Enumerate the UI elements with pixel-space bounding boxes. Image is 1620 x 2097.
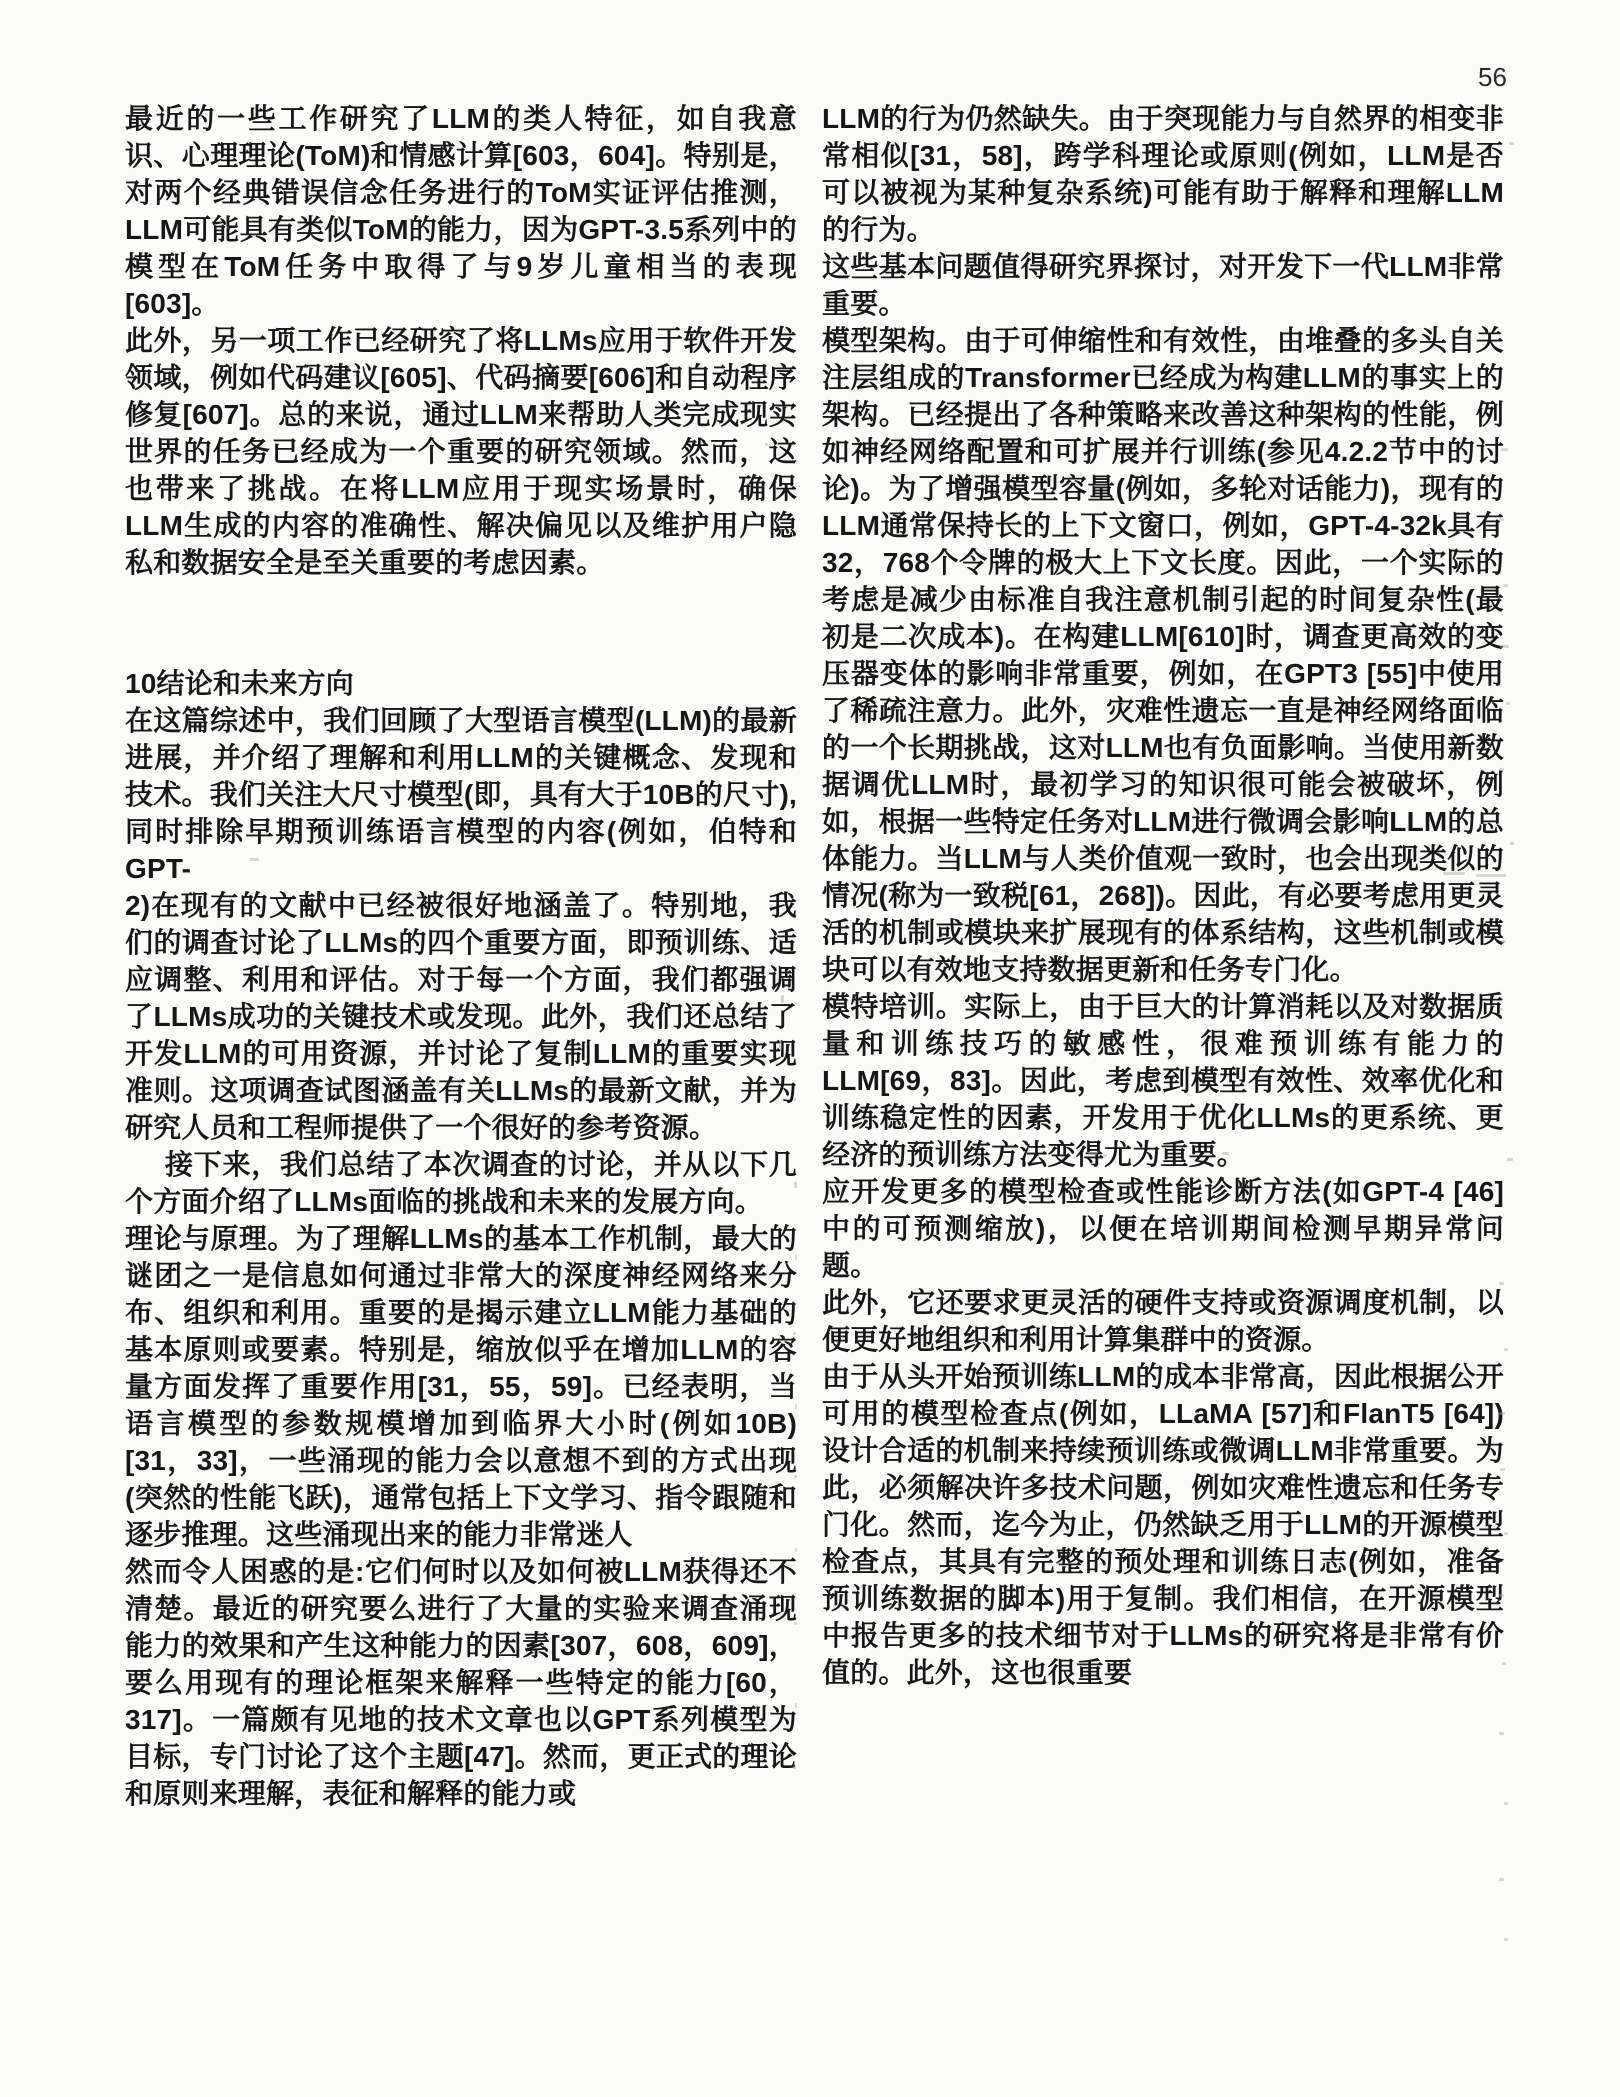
scan-artifact — [794, 1622, 797, 1625]
scan-artifact — [793, 1098, 796, 1101]
page-number: 56 — [1478, 62, 1507, 93]
scan-artifact — [1504, 584, 1508, 587]
scan-artifact — [1499, 1732, 1504, 1735]
scan-artifact — [795, 1703, 797, 1708]
right-column: LLM的行为仍然缺失。由于突现能力与自然界的相变非常相似[31，58]，跨学科理… — [822, 100, 1504, 1691]
scan-artifact — [250, 858, 259, 861]
scan-artifact — [1504, 1802, 1508, 1805]
scan-artifact — [1507, 1158, 1513, 1161]
scan-artifact — [1504, 1938, 1508, 1941]
scan-artifact — [1499, 1412, 1505, 1415]
scan-artifact — [1504, 1348, 1508, 1351]
scan-artifact — [779, 1040, 782, 1050]
section-heading: 10结论和未来方向 — [125, 665, 797, 702]
paragraph: 然而令人困惑的是:它们何时以及如何被LLM获得还不清楚。最近的研究要么进行了大量… — [125, 1553, 797, 1812]
scan-artifact — [781, 995, 784, 1003]
scan-artifact — [1502, 1662, 1506, 1665]
scan-artifact — [795, 1404, 797, 1409]
scan-artifact — [793, 1332, 796, 1335]
paragraph: 模型架构。由于可伸缩性和有效性，由堆叠的多头自关注层组成的Transformer… — [822, 322, 1504, 988]
scan-artifact — [1476, 874, 1506, 877]
scan-artifact — [365, 1162, 374, 1165]
paragraph: 由于从头开始预训练LLM的成本非常高，因此根据公开可用的模型检查点(例如，LLa… — [822, 1358, 1504, 1691]
left-column: 最近的一些工作研究了LLM的类人特征，如自我意识、心理理论(ToM)和情感计算[… — [125, 100, 797, 1812]
scan-artifact — [1501, 448, 1508, 451]
scan-artifact — [1088, 1152, 1097, 1155]
scan-artifact — [1222, 1152, 1229, 1155]
scan-artifact — [765, 443, 768, 446]
scan-artifact — [1504, 1532, 1508, 1535]
scan-artifact — [793, 1766, 796, 1769]
paragraph: LLM的行为仍然缺失。由于突现能力与自然界的相变非常相似[31，58]，跨学科理… — [822, 100, 1504, 248]
paragraph: 这些基本问题值得研究界探讨，对开发下一代LLM非常重要。 — [822, 248, 1504, 322]
paragraph: 在这篇综述中，我们回顾了大型语言模型(LLM)的最新进展，并介绍了理解和利用LL… — [125, 702, 797, 887]
scan-artifact — [925, 262, 936, 265]
scan-artifact — [795, 1255, 797, 1260]
scan-artifact — [794, 1475, 797, 1478]
scan-artifact — [1510, 842, 1514, 845]
scan-artifact — [1443, 872, 1465, 875]
scan-artifact — [1500, 1468, 1505, 1471]
paragraph: 最近的一些工作研究了LLM的类人特征，如自我意识、心理理论(ToM)和情感计算[… — [125, 100, 797, 322]
scan-artifact — [795, 1548, 797, 1552]
scan-artifact — [1103, 1154, 1107, 1157]
paragraph: 模特培训。实际上，由于巨大的计算消耗以及对数据质量和训练技巧的敏感性，很难预训练… — [822, 988, 1504, 1173]
scan-artifact — [1506, 702, 1510, 705]
scan-artifact — [1500, 645, 1509, 648]
scan-artifact — [1499, 518, 1504, 521]
document-page: 56 最近的一些工作研究了LLM的类人特征，如自我意识、心理理论(ToM)和情感… — [0, 0, 1620, 2097]
paragraph: 此外，另一项工作已经研究了将LLMs应用于软件开发领域，例如代码建议[605]、… — [125, 322, 797, 581]
paragraph: 此外，它还要求更灵活的硬件支持或资源调度机制，以便更好地组织和利用计算集群中的资… — [822, 1284, 1504, 1358]
scan-artifact — [1499, 1008, 1503, 1011]
scan-artifact — [1499, 768, 1504, 771]
scan-artifact — [1499, 1282, 1504, 1285]
paragraph: 接下来，我们总结了本次调查的讨论，并从以下几个方面介绍了LLMs面临的挑战和未来… — [125, 1146, 797, 1220]
scan-artifact — [1501, 940, 1506, 943]
paragraph: 2)在现有的文献中已经被很好地涵盖了。特别地，我们的调查讨论了LLMs的四个重要… — [125, 887, 797, 1146]
scan-artifact — [1499, 1878, 1504, 1881]
scan-artifact — [794, 1182, 797, 1188]
scan-artifact — [1499, 1594, 1504, 1597]
scan-artifact — [1509, 142, 1514, 145]
scan-artifact — [770, 905, 773, 908]
paragraph: 应开发更多的模型检查或性能诊断方法(如GPT-4 [46]中的可预测缩放)，以便… — [822, 1173, 1504, 1284]
paragraph: 理论与原理。为了理解LLMs的基本工作机制，最大的谜团之一是信息如何通过非常大的… — [125, 1220, 797, 1553]
scan-artifact — [497, 1160, 504, 1163]
